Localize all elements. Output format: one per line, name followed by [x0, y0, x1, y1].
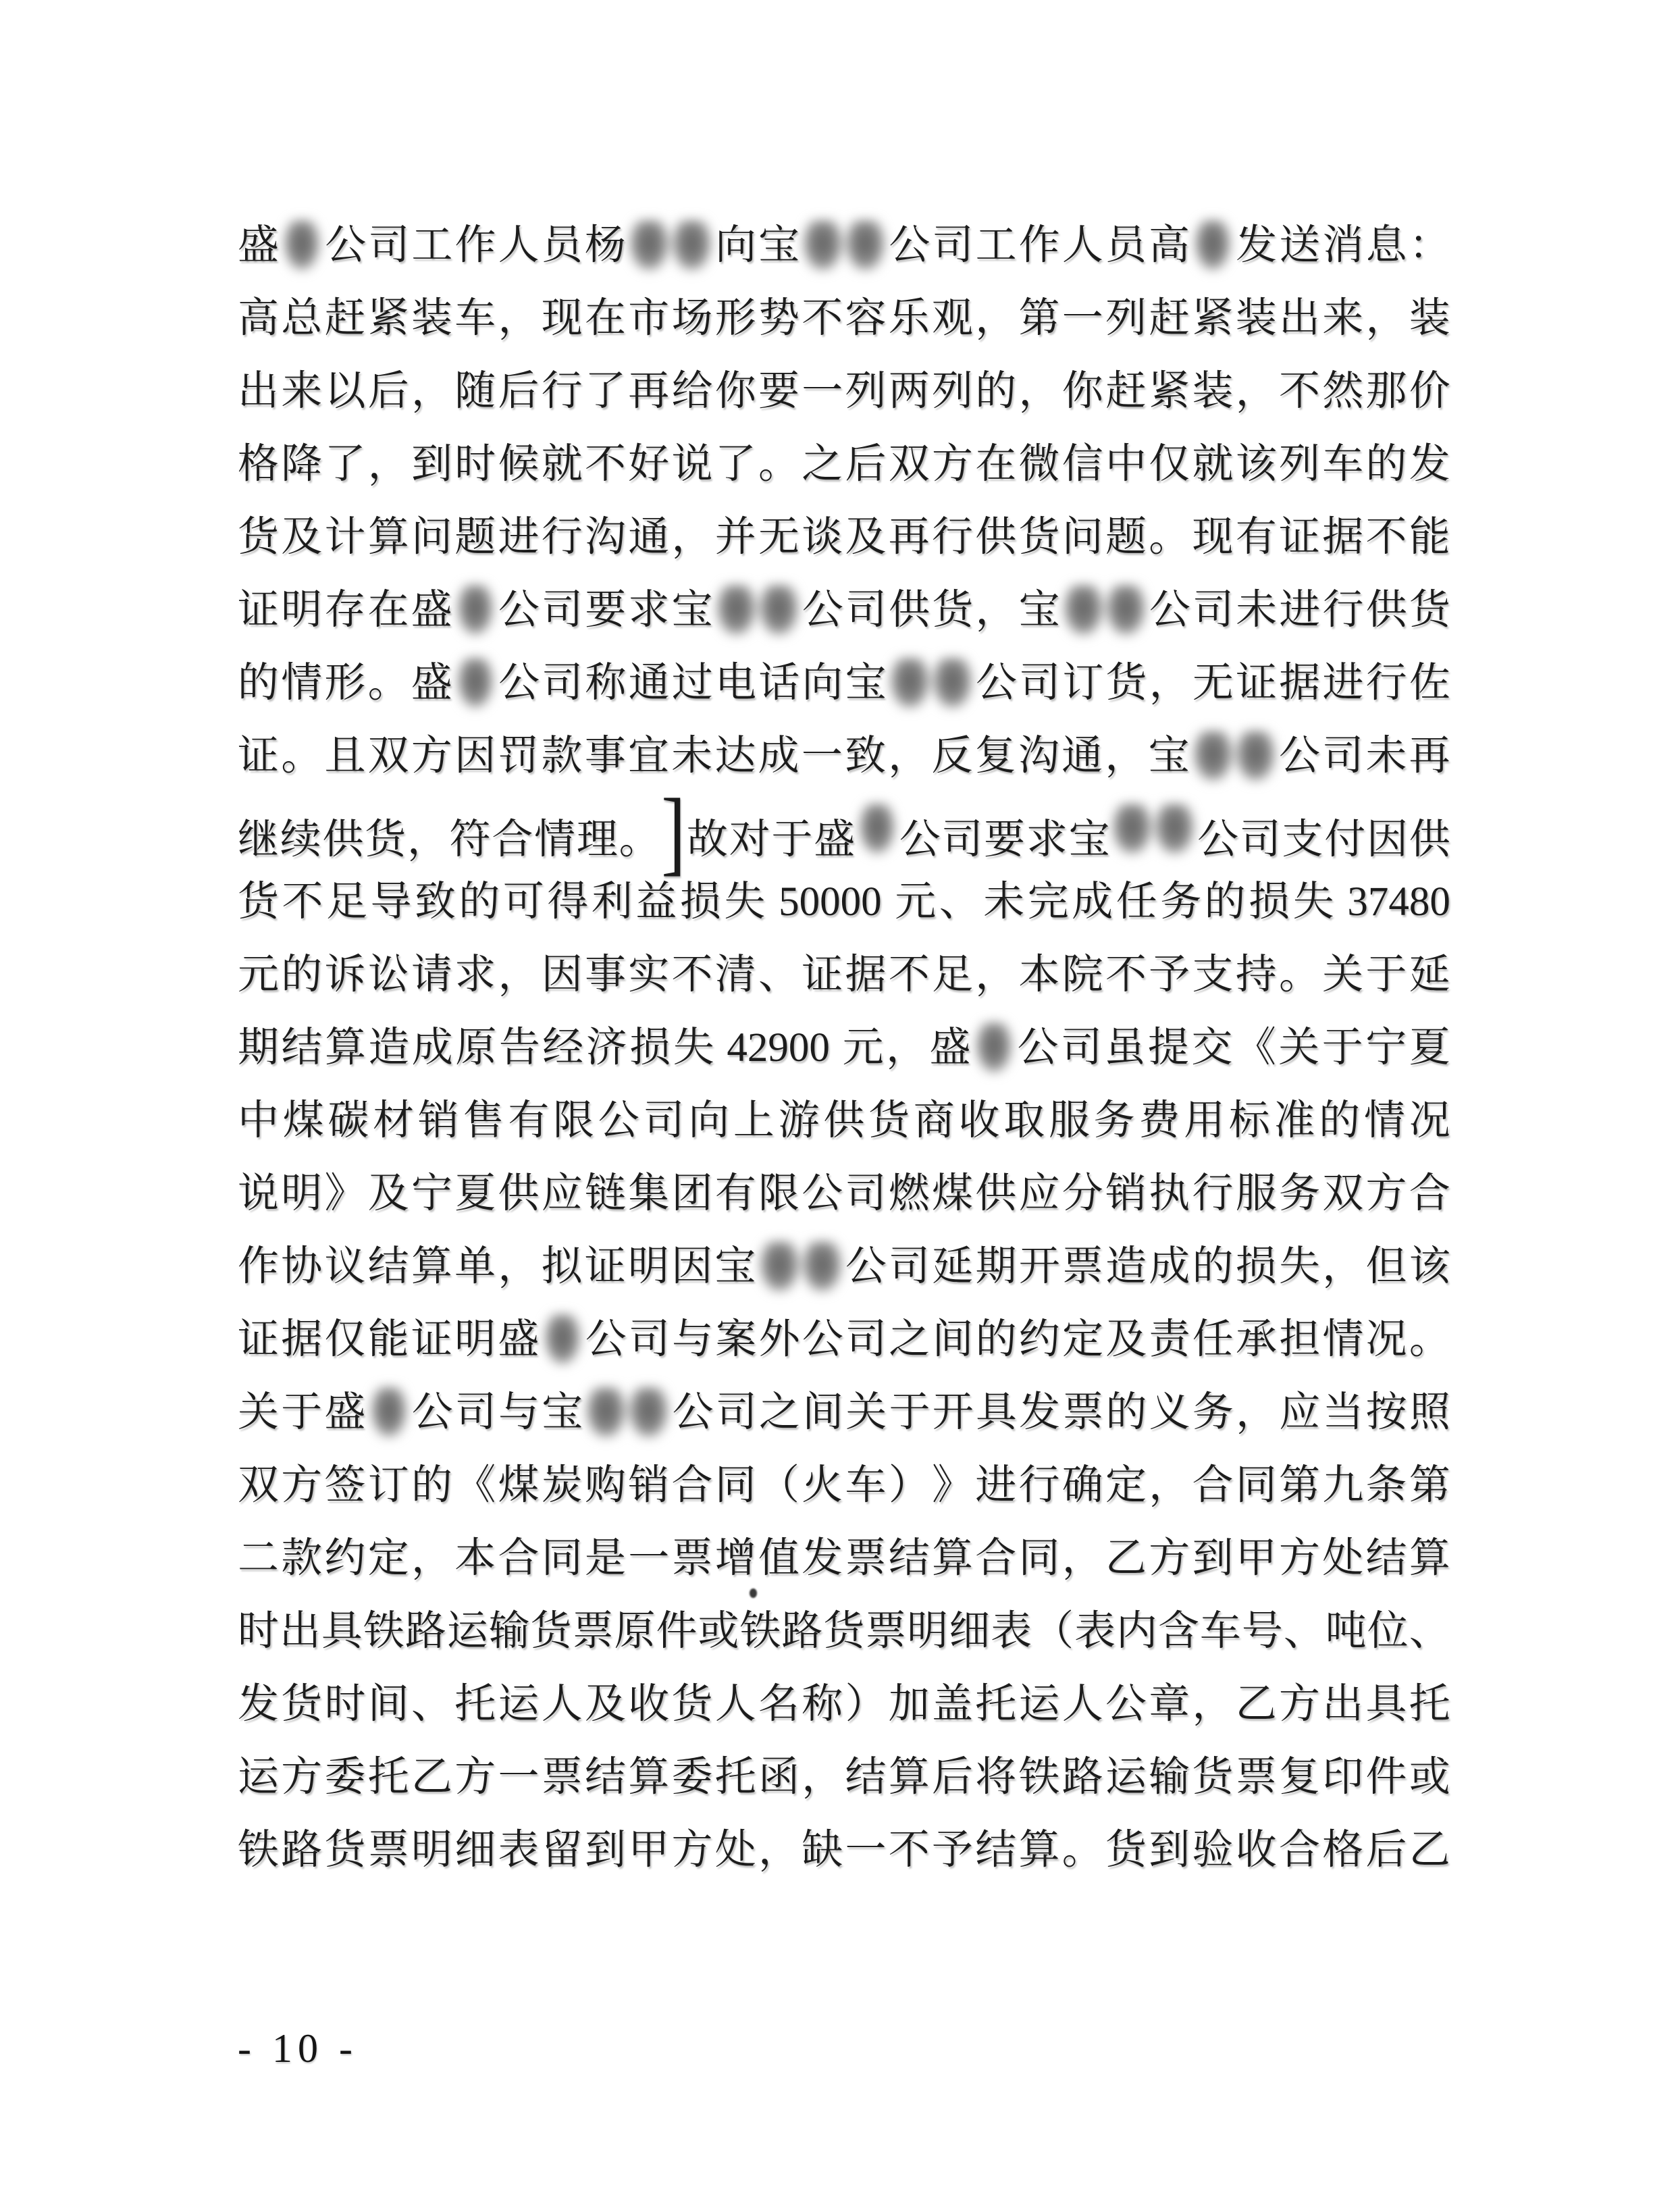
text-segment: 《	[454, 1449, 496, 1522]
text-segment: 候	[498, 428, 540, 501]
text-segment: 出	[238, 355, 279, 428]
text-segment: 证	[238, 720, 279, 793]
redaction-blur	[856, 804, 898, 855]
text-segment: 定	[1105, 1449, 1147, 1522]
text-segment: 通	[628, 501, 669, 574]
text-segment: 电	[715, 647, 756, 720]
text-segment: 的	[1205, 866, 1246, 939]
text-segment: 铁	[238, 1814, 279, 1887]
text-segment: ，	[368, 428, 409, 501]
text-segment: 一	[1062, 282, 1103, 355]
text-segment: 因	[542, 939, 583, 1012]
text-segment: 间	[802, 1376, 843, 1449]
text-segment: 具	[321, 1595, 363, 1668]
text-segment: 函	[758, 1741, 799, 1814]
text-segment: 合	[672, 1449, 713, 1522]
text-segment: 车	[845, 1449, 887, 1522]
text-segment: 合	[1192, 1449, 1234, 1522]
text-segment: 细	[949, 1595, 990, 1668]
text-line: 二款约定，本合同是一票增值发票结算合同，乙方到甲方处结算	[238, 1522, 1450, 1595]
text-segment: 第	[1279, 1449, 1320, 1522]
text-segment: 中	[1105, 428, 1147, 501]
text-segment: 甲	[1236, 1522, 1277, 1595]
text-segment: 费	[1138, 1085, 1180, 1158]
text-segment: 那	[1366, 355, 1407, 428]
text-segment: 公	[1105, 1668, 1147, 1741]
text-segment: 应	[542, 1158, 583, 1231]
text-segment: 表	[498, 1814, 540, 1887]
text-segment: 持	[1236, 939, 1277, 1012]
text-segment: 二	[238, 1522, 279, 1595]
text-segment: 事	[585, 720, 626, 793]
text-segment: 间	[932, 1303, 973, 1376]
text-segment: 算	[1409, 1522, 1450, 1595]
text-segment: 复	[1279, 1741, 1320, 1814]
text-segment: 方	[1366, 1158, 1407, 1231]
text-segment: 路	[1062, 1741, 1103, 1814]
text-segment: 成	[412, 1012, 453, 1085]
text-segment: 不	[282, 866, 323, 939]
text-line: 证明存在盛公司要求宝公司供货，宝公司未进行供货	[238, 574, 1450, 647]
text-segment: 细	[454, 1814, 496, 1887]
text-segment: 进	[975, 1449, 1016, 1522]
text-segment: 运	[1019, 1668, 1060, 1741]
text-segment: 该	[1236, 428, 1277, 501]
text-segment: 开	[933, 1376, 974, 1449]
text-segment: 宝	[1019, 574, 1060, 647]
text-segment: 不	[585, 428, 626, 501]
text-segment: ，	[1366, 282, 1407, 355]
redaction-blur	[1192, 731, 1277, 782]
text-segment: 司	[845, 1303, 887, 1376]
text-segment: 售	[463, 1085, 504, 1158]
text-segment: 九	[1322, 1449, 1363, 1522]
text-segment: 货	[1409, 574, 1450, 647]
text-segment: 煤	[932, 1158, 973, 1231]
text-segment: 的	[1106, 1376, 1147, 1449]
text-segment: 外	[759, 1303, 800, 1376]
text-segment: 失	[1279, 1231, 1320, 1303]
text-segment: 发	[1409, 428, 1450, 501]
text-segment: 铁	[363, 1595, 404, 1668]
text-segment: 双	[889, 428, 930, 501]
text-segment: 过	[672, 647, 713, 720]
text-segment: 公	[412, 1376, 453, 1449]
text-segment: 赶	[1149, 282, 1190, 355]
text-segment: 。	[1062, 1814, 1103, 1887]
text-segment: 元	[895, 866, 936, 939]
text-segment: 缺	[802, 1814, 843, 1887]
text-segment: 。	[758, 428, 799, 501]
text-segment: 货	[238, 501, 279, 574]
text-segment: 及	[845, 501, 887, 574]
text-segment: 格	[1322, 1814, 1363, 1887]
text-segment: 确	[1062, 1449, 1103, 1522]
text-line: 继续供货，符合情理。]故对于盛公司要求宝公司支付因供	[238, 793, 1450, 866]
text-segment: 题	[1105, 501, 1147, 574]
text-segment: 司	[716, 1376, 757, 1449]
text-segment: 微	[1019, 428, 1060, 501]
text-segment: 请	[411, 939, 452, 1012]
text-segment: ，	[1105, 720, 1146, 793]
text-line: 的情形。盛公司称通过电话向宝公司订货，无证据进行佐	[238, 647, 1450, 720]
text-segment: 清	[715, 939, 756, 1012]
text-line: 出来以后，随后行了再给你要一列两列的，你赶紧装，不然那价	[238, 355, 1450, 428]
text-segment: 予	[932, 1814, 973, 1887]
text-segment: 市	[628, 282, 669, 355]
text-segment: 碳	[327, 1085, 369, 1158]
text-segment: 本	[454, 1522, 496, 1595]
text-segment: 好	[628, 428, 669, 501]
document-body: 盛公司工作人员杨向宝公司工作人员高发送消息：高总赶紧装车，现在市场形势不容乐观，…	[238, 209, 1450, 1887]
text-segment: 货	[1019, 501, 1060, 574]
redaction-blur	[585, 1387, 670, 1439]
text-segment: 货	[1106, 647, 1147, 720]
text-segment: 开	[1019, 1231, 1060, 1303]
text-segment: 损	[1249, 866, 1290, 939]
text-segment: 及	[368, 1158, 409, 1231]
text-segment: ，	[498, 282, 540, 355]
text-segment: 成	[1072, 866, 1113, 939]
text-segment: 乐	[889, 282, 930, 355]
text-segment: 随	[454, 355, 496, 428]
text-segment: 盛	[411, 647, 452, 720]
text-segment: 了	[585, 355, 626, 428]
text-segment: 作	[1019, 209, 1060, 282]
text-segment: 称	[802, 1668, 843, 1741]
text-segment: 行	[1366, 647, 1407, 720]
text-segment: 未	[1365, 720, 1407, 793]
text-segment: 作	[455, 209, 496, 282]
text-segment: 增	[715, 1522, 756, 1595]
text-segment: 务	[1094, 1085, 1135, 1158]
text-segment: 司	[889, 1231, 930, 1303]
text-segment: 应	[1279, 1376, 1320, 1449]
text-segment: 存	[324, 574, 365, 647]
text-segment: 上	[733, 1085, 775, 1158]
text-segment: 夏	[454, 1158, 496, 1231]
text-segment: 说	[672, 428, 713, 501]
text-segment: 团	[672, 1158, 713, 1231]
text-segment: 任	[1116, 866, 1157, 939]
text-segment: 火	[802, 1449, 843, 1522]
text-segment: 到	[1192, 1522, 1234, 1595]
text-segment: 车	[454, 282, 496, 355]
text-segment: 。	[1279, 939, 1320, 1012]
text-segment: 收	[628, 1668, 669, 1741]
text-segment: 延	[932, 1231, 973, 1303]
text-segment: 一	[802, 720, 843, 793]
redaction-blur	[542, 1314, 583, 1366]
text-segment: 具	[976, 1376, 1017, 1449]
text-segment: 司	[1019, 647, 1060, 720]
text-segment: 未	[983, 866, 1024, 939]
text-segment: 予	[1149, 939, 1190, 1012]
text-segment: 员	[1105, 209, 1147, 282]
text-segment: 货	[1105, 1814, 1147, 1887]
text-segment: 证	[1279, 501, 1320, 574]
text-segment: 盖	[932, 1668, 973, 1741]
text-segment: 的	[1366, 428, 1407, 501]
text-segment: 证	[238, 574, 279, 647]
text-segment: 结	[281, 1012, 322, 1085]
text-segment: 约	[1019, 1303, 1060, 1376]
text-segment: 燃	[889, 1158, 930, 1231]
text-segment: 格	[238, 428, 279, 501]
text-segment: 乙	[1409, 1814, 1450, 1887]
text-segment: 夏	[1409, 1012, 1450, 1085]
text-segment: 务	[1192, 1376, 1234, 1449]
text-segment: 再	[889, 501, 930, 574]
text-segment: 执	[1149, 1158, 1190, 1231]
text-segment: 杨	[585, 209, 626, 282]
text-segment: 乙	[1236, 1668, 1277, 1741]
text-segment: 时	[454, 428, 496, 501]
text-segment: 虽	[1104, 1012, 1145, 1085]
text-segment: 向	[715, 209, 756, 282]
text-segment: 运	[238, 1741, 279, 1814]
redaction-blur	[454, 585, 496, 636]
text-segment: 导	[370, 866, 411, 939]
text-segment: 赶	[325, 282, 366, 355]
text-segment: 有	[715, 1158, 756, 1231]
text-segment: 拟	[542, 1231, 583, 1303]
text-segment: 同	[542, 1522, 583, 1595]
text-segment: 明	[281, 574, 322, 647]
text-segment: 定	[1062, 1303, 1103, 1376]
text-segment: 公	[1017, 1012, 1058, 1085]
text-segment: 问	[411, 501, 452, 574]
text-segment: 印	[1322, 1741, 1363, 1814]
text-segment: ，	[498, 939, 540, 1012]
text-segment: 因	[454, 720, 496, 793]
text-segment: 宝	[845, 647, 887, 720]
text-segment: ，	[758, 1814, 799, 1887]
text-segment: 盛	[411, 574, 452, 647]
text-segment: 供	[975, 1158, 1016, 1231]
text-segment: 订	[368, 1449, 409, 1522]
redaction-blur	[281, 220, 323, 271]
text-segment: 势	[758, 282, 799, 355]
text-segment: 托	[368, 1741, 409, 1814]
text-segment: 要	[585, 574, 626, 647]
text-segment: 说	[238, 1158, 279, 1231]
text-segment: 铁	[739, 1595, 781, 1668]
text-segment: 将	[975, 1741, 1016, 1814]
text-segment: 第	[1409, 1449, 1450, 1522]
text-line: 发货时间、托运人及收货人名称）加盖托运人公章，乙方出具托	[238, 1668, 1450, 1741]
text-line: 高总赶紧装车，现在市场形势不容乐观，第一列赶紧装出来，装	[238, 282, 1450, 355]
text-segment: 甲	[628, 1814, 669, 1887]
text-segment: 装	[411, 282, 452, 355]
text-segment: 或	[698, 1595, 739, 1668]
text-segment: 50000	[768, 866, 892, 939]
text-segment: 当	[1322, 1376, 1363, 1449]
text-line: 格降了，到时候就不好说了。之后双方在微信中仅就该列车的发	[238, 428, 1450, 501]
text-segment: 足	[932, 939, 973, 1012]
text-segment: 后	[498, 355, 540, 428]
text-segment: 间	[368, 1668, 409, 1741]
text-segment: 供	[889, 574, 930, 647]
text-line: 期结算造成原告经济损失 42900 元，盛公司虽提交《关于宁夏	[238, 1012, 1450, 1085]
text-segment: 于	[889, 1376, 930, 1449]
text-segment: 情	[1322, 1303, 1363, 1376]
text-segment: 于	[1366, 939, 1407, 1012]
text-segment: 出	[1322, 1668, 1363, 1741]
text-segment: 列	[932, 355, 973, 428]
text-segment: 造	[368, 1012, 409, 1085]
text-segment: 明	[454, 1303, 496, 1376]
text-segment: 铁	[1019, 1741, 1060, 1814]
text-segment: 供	[1366, 574, 1407, 647]
text-segment: 购	[585, 1449, 626, 1522]
text-segment: 算	[325, 1012, 366, 1085]
text-line: 运方委托乙方一票结算委托函，结算后将铁路运输货票复印件或	[238, 1741, 1450, 1814]
text-segment: 合	[975, 1522, 1016, 1595]
text-segment: 、	[1409, 1595, 1450, 1668]
text-segment: 公	[889, 209, 930, 282]
text-segment: 按	[1366, 1376, 1407, 1449]
text-segment: 支	[1192, 939, 1234, 1012]
text-segment: 复	[975, 720, 1016, 793]
text-segment: 宝	[714, 1231, 756, 1303]
text-segment: 司	[845, 574, 887, 647]
text-segment: 同	[715, 1449, 756, 1522]
text-segment: 的	[411, 1449, 452, 1522]
text-segment: 宝	[758, 209, 799, 282]
text-segment: 票	[1062, 1376, 1103, 1449]
text-segment: 装	[1236, 282, 1277, 355]
text-segment: 仅	[1149, 428, 1190, 501]
text-segment: 证	[411, 1303, 452, 1376]
text-segment: 具	[1366, 1668, 1407, 1741]
text-segment: 方	[411, 720, 452, 793]
text-segment: 行	[932, 501, 973, 574]
text-segment: 。	[368, 647, 409, 720]
text-segment: 义	[1149, 1376, 1190, 1449]
text-segment: 了	[325, 428, 366, 501]
text-segment: ，	[1149, 1449, 1190, 1522]
text-segment: 应	[1019, 1158, 1060, 1231]
text-segment: 交	[1191, 1012, 1232, 1085]
text-segment: 的	[1192, 1231, 1234, 1303]
text-segment: 商	[914, 1085, 955, 1158]
text-segment: 的	[1319, 1085, 1360, 1158]
text-segment: 之	[889, 1303, 930, 1376]
text-segment: 《	[1235, 1012, 1276, 1085]
text-segment: 输	[489, 1595, 530, 1668]
text-segment: 证	[802, 939, 843, 1012]
text-segment: 送	[1279, 209, 1320, 282]
text-segment: 公	[598, 1085, 639, 1158]
text-segment: 收	[1236, 1814, 1277, 1887]
text-segment: 任	[1192, 1303, 1234, 1376]
text-segment: 告	[499, 1012, 540, 1085]
text-segment: 方	[281, 1741, 322, 1814]
text-segment: 合	[1409, 1158, 1450, 1231]
text-segment: 发	[238, 1668, 279, 1741]
text-segment: 票	[542, 1741, 583, 1814]
text-segment: 期	[238, 1012, 279, 1085]
text-segment: 不	[1366, 501, 1407, 574]
text-segment: 公	[1279, 720, 1320, 793]
text-segment: 时	[325, 1668, 366, 1741]
text-segment: 降	[281, 428, 322, 501]
text-segment: 出	[280, 1595, 321, 1668]
text-segment: 计	[325, 501, 366, 574]
text-segment: 签	[325, 1449, 366, 1522]
text-segment: ，	[1236, 355, 1277, 428]
text-segment: 公	[585, 1303, 627, 1376]
text-segment: 成	[1149, 1231, 1190, 1303]
text-segment: 宁	[1365, 1012, 1407, 1085]
text-segment: 加	[889, 1668, 930, 1741]
text-segment: 验	[1192, 1814, 1234, 1887]
redaction-blur	[715, 585, 800, 636]
text-segment: 结	[975, 1814, 1016, 1887]
text-segment: 宝	[1149, 720, 1190, 793]
text-segment: 装	[1192, 355, 1234, 428]
text-segment: 情	[1364, 1085, 1405, 1158]
text-segment: ，	[975, 939, 1016, 1012]
text-segment: 公	[802, 1303, 843, 1376]
text-segment: 作	[238, 1231, 279, 1303]
handwritten-bracket-mark: ]	[661, 785, 685, 880]
text-segment: 罚	[498, 720, 539, 793]
text-segment: 留	[542, 1814, 583, 1887]
text-segment: 后	[845, 428, 887, 501]
text-segment: 题	[454, 501, 496, 574]
text-segment: 算	[932, 1522, 973, 1595]
text-segment: 话	[758, 647, 799, 720]
text-segment: 但	[1365, 1231, 1407, 1303]
text-segment: ，	[672, 501, 713, 574]
text-segment: 司	[368, 209, 409, 282]
text-segment: 于	[1322, 1012, 1363, 1085]
text-segment: 货	[932, 574, 973, 647]
text-segment: 路	[281, 1814, 322, 1887]
text-segment: 事	[585, 939, 626, 1012]
text-segment: 到	[411, 428, 452, 501]
text-segment: 托	[1409, 1668, 1450, 1741]
text-segment: 工	[411, 209, 452, 282]
text-segment: 供	[498, 1158, 540, 1231]
text-segment: 行	[542, 501, 583, 574]
text-segment: 证	[585, 1231, 626, 1303]
text-segment: 实	[628, 939, 669, 1012]
text-segment: 然	[1322, 355, 1363, 428]
text-segment: 输	[1149, 1741, 1190, 1814]
text-segment: 章	[1149, 1668, 1190, 1741]
text-line: 盛公司工作人员杨向宝公司工作人员高发送消息：	[238, 209, 1450, 282]
text-segment: 票	[1236, 1741, 1277, 1814]
text-segment: ）	[845, 1668, 887, 1741]
text-segment: 与	[498, 1376, 540, 1449]
text-segment: 据	[845, 939, 887, 1012]
text-segment: 员	[542, 209, 583, 282]
text-segment: 盛	[238, 209, 279, 282]
text-segment: 》	[325, 1158, 366, 1231]
text-segment: 是	[585, 1522, 626, 1595]
text-segment: 据	[281, 1303, 322, 1376]
text-segment: 结	[585, 1741, 626, 1814]
text-segment: 形	[324, 647, 365, 720]
text-segment: 炭	[542, 1449, 583, 1522]
text-segment: 紧	[1192, 282, 1234, 355]
text-segment: 约	[325, 1522, 366, 1595]
text-segment: 就	[1192, 428, 1234, 501]
text-segment: 议	[324, 1231, 365, 1303]
